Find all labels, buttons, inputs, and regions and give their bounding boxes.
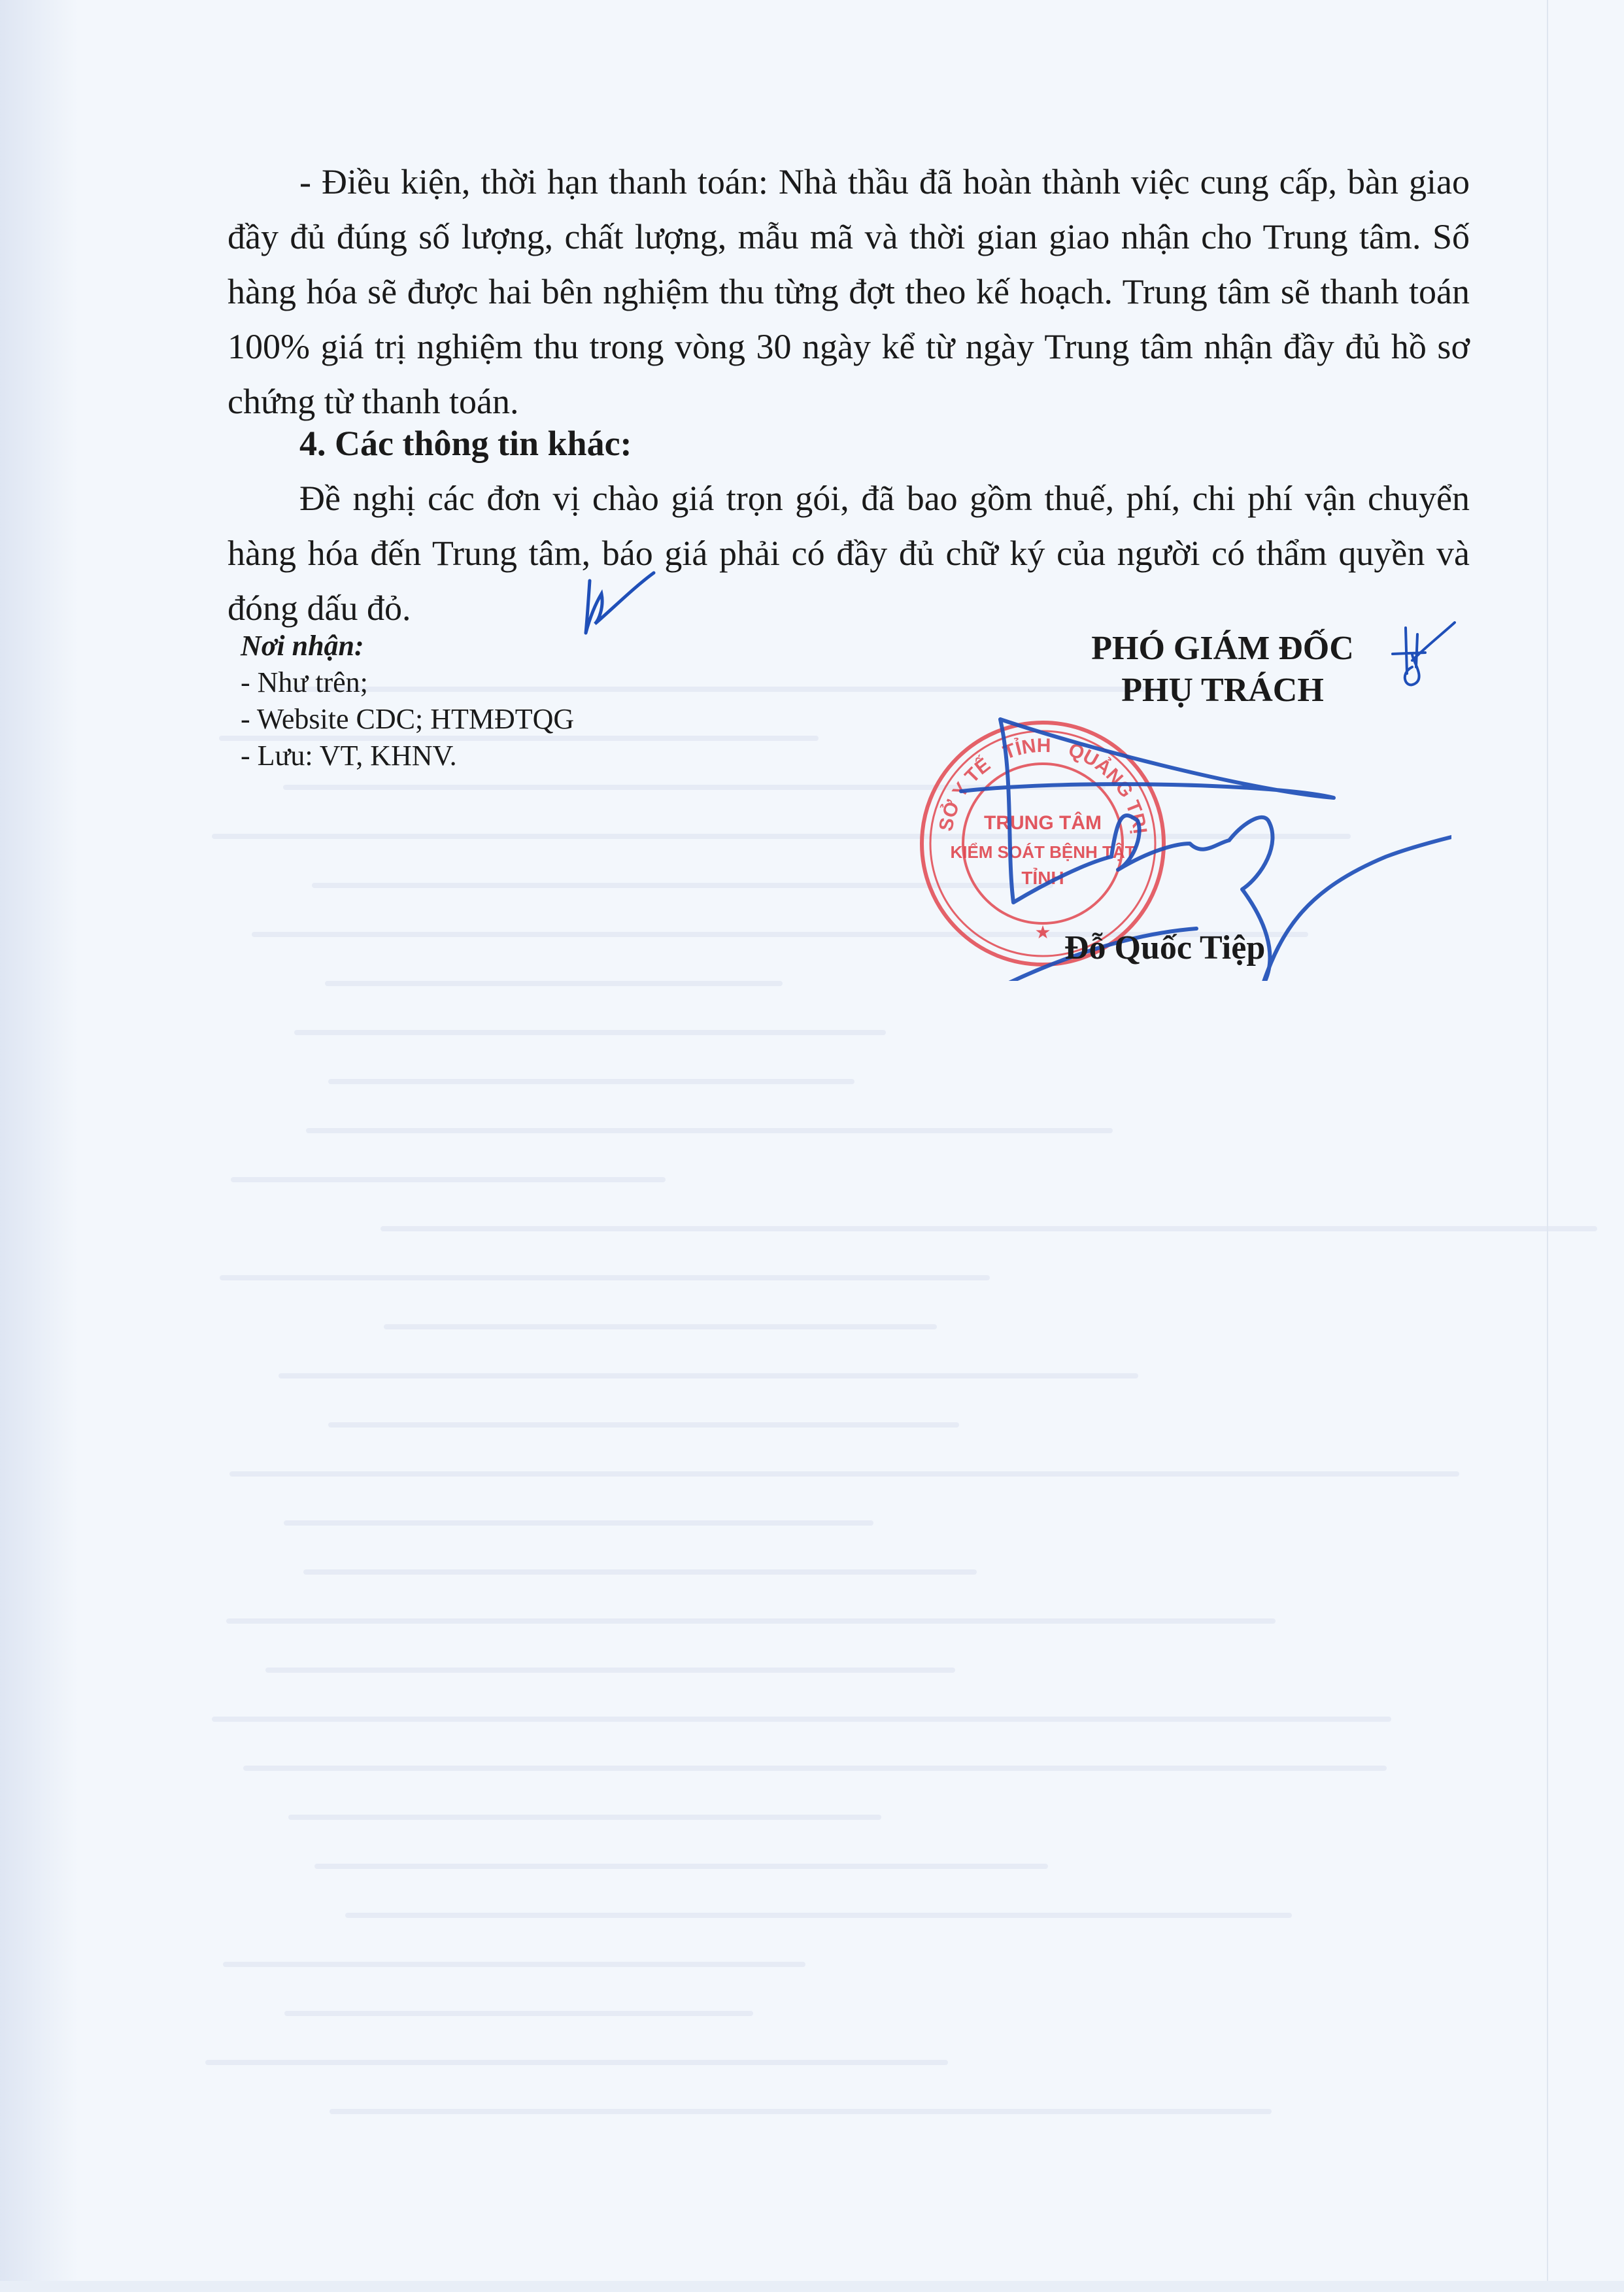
recipients-block: Nơi nhận: - Như trên; - Website CDC; HTM… [241, 628, 574, 774]
section-4-paragraph: Đề nghị các đơn vị chào giá trọn gói, đã… [228, 471, 1470, 636]
initial-mark-icon [575, 568, 660, 640]
section-4-text: Đề nghị các đơn vị chào giá trọn gói, đã… [228, 479, 1470, 628]
recipient-item: - Như trên; [241, 664, 574, 701]
payment-terms-paragraph: - Điều kiện, thời hạn thanh toán: Nhà th… [228, 154, 1470, 429]
recipients-title: Nơi nhận: [241, 628, 574, 664]
recipient-item: - Website CDC; HTMĐTQG [241, 701, 574, 738]
document-page: - Điều kiện, thời hạn thanh toán: Nhà th… [0, 0, 1624, 2292]
recipient-item: - Lưu: VT, KHNV. [241, 738, 574, 774]
section-4-heading: 4. Các thông tin khác: [299, 416, 632, 471]
signer-name: Đỗ Quốc Tiệp [1064, 929, 1265, 967]
payment-terms-text: - Điều kiện, thời hạn thanh toán: Nhà th… [228, 162, 1470, 421]
